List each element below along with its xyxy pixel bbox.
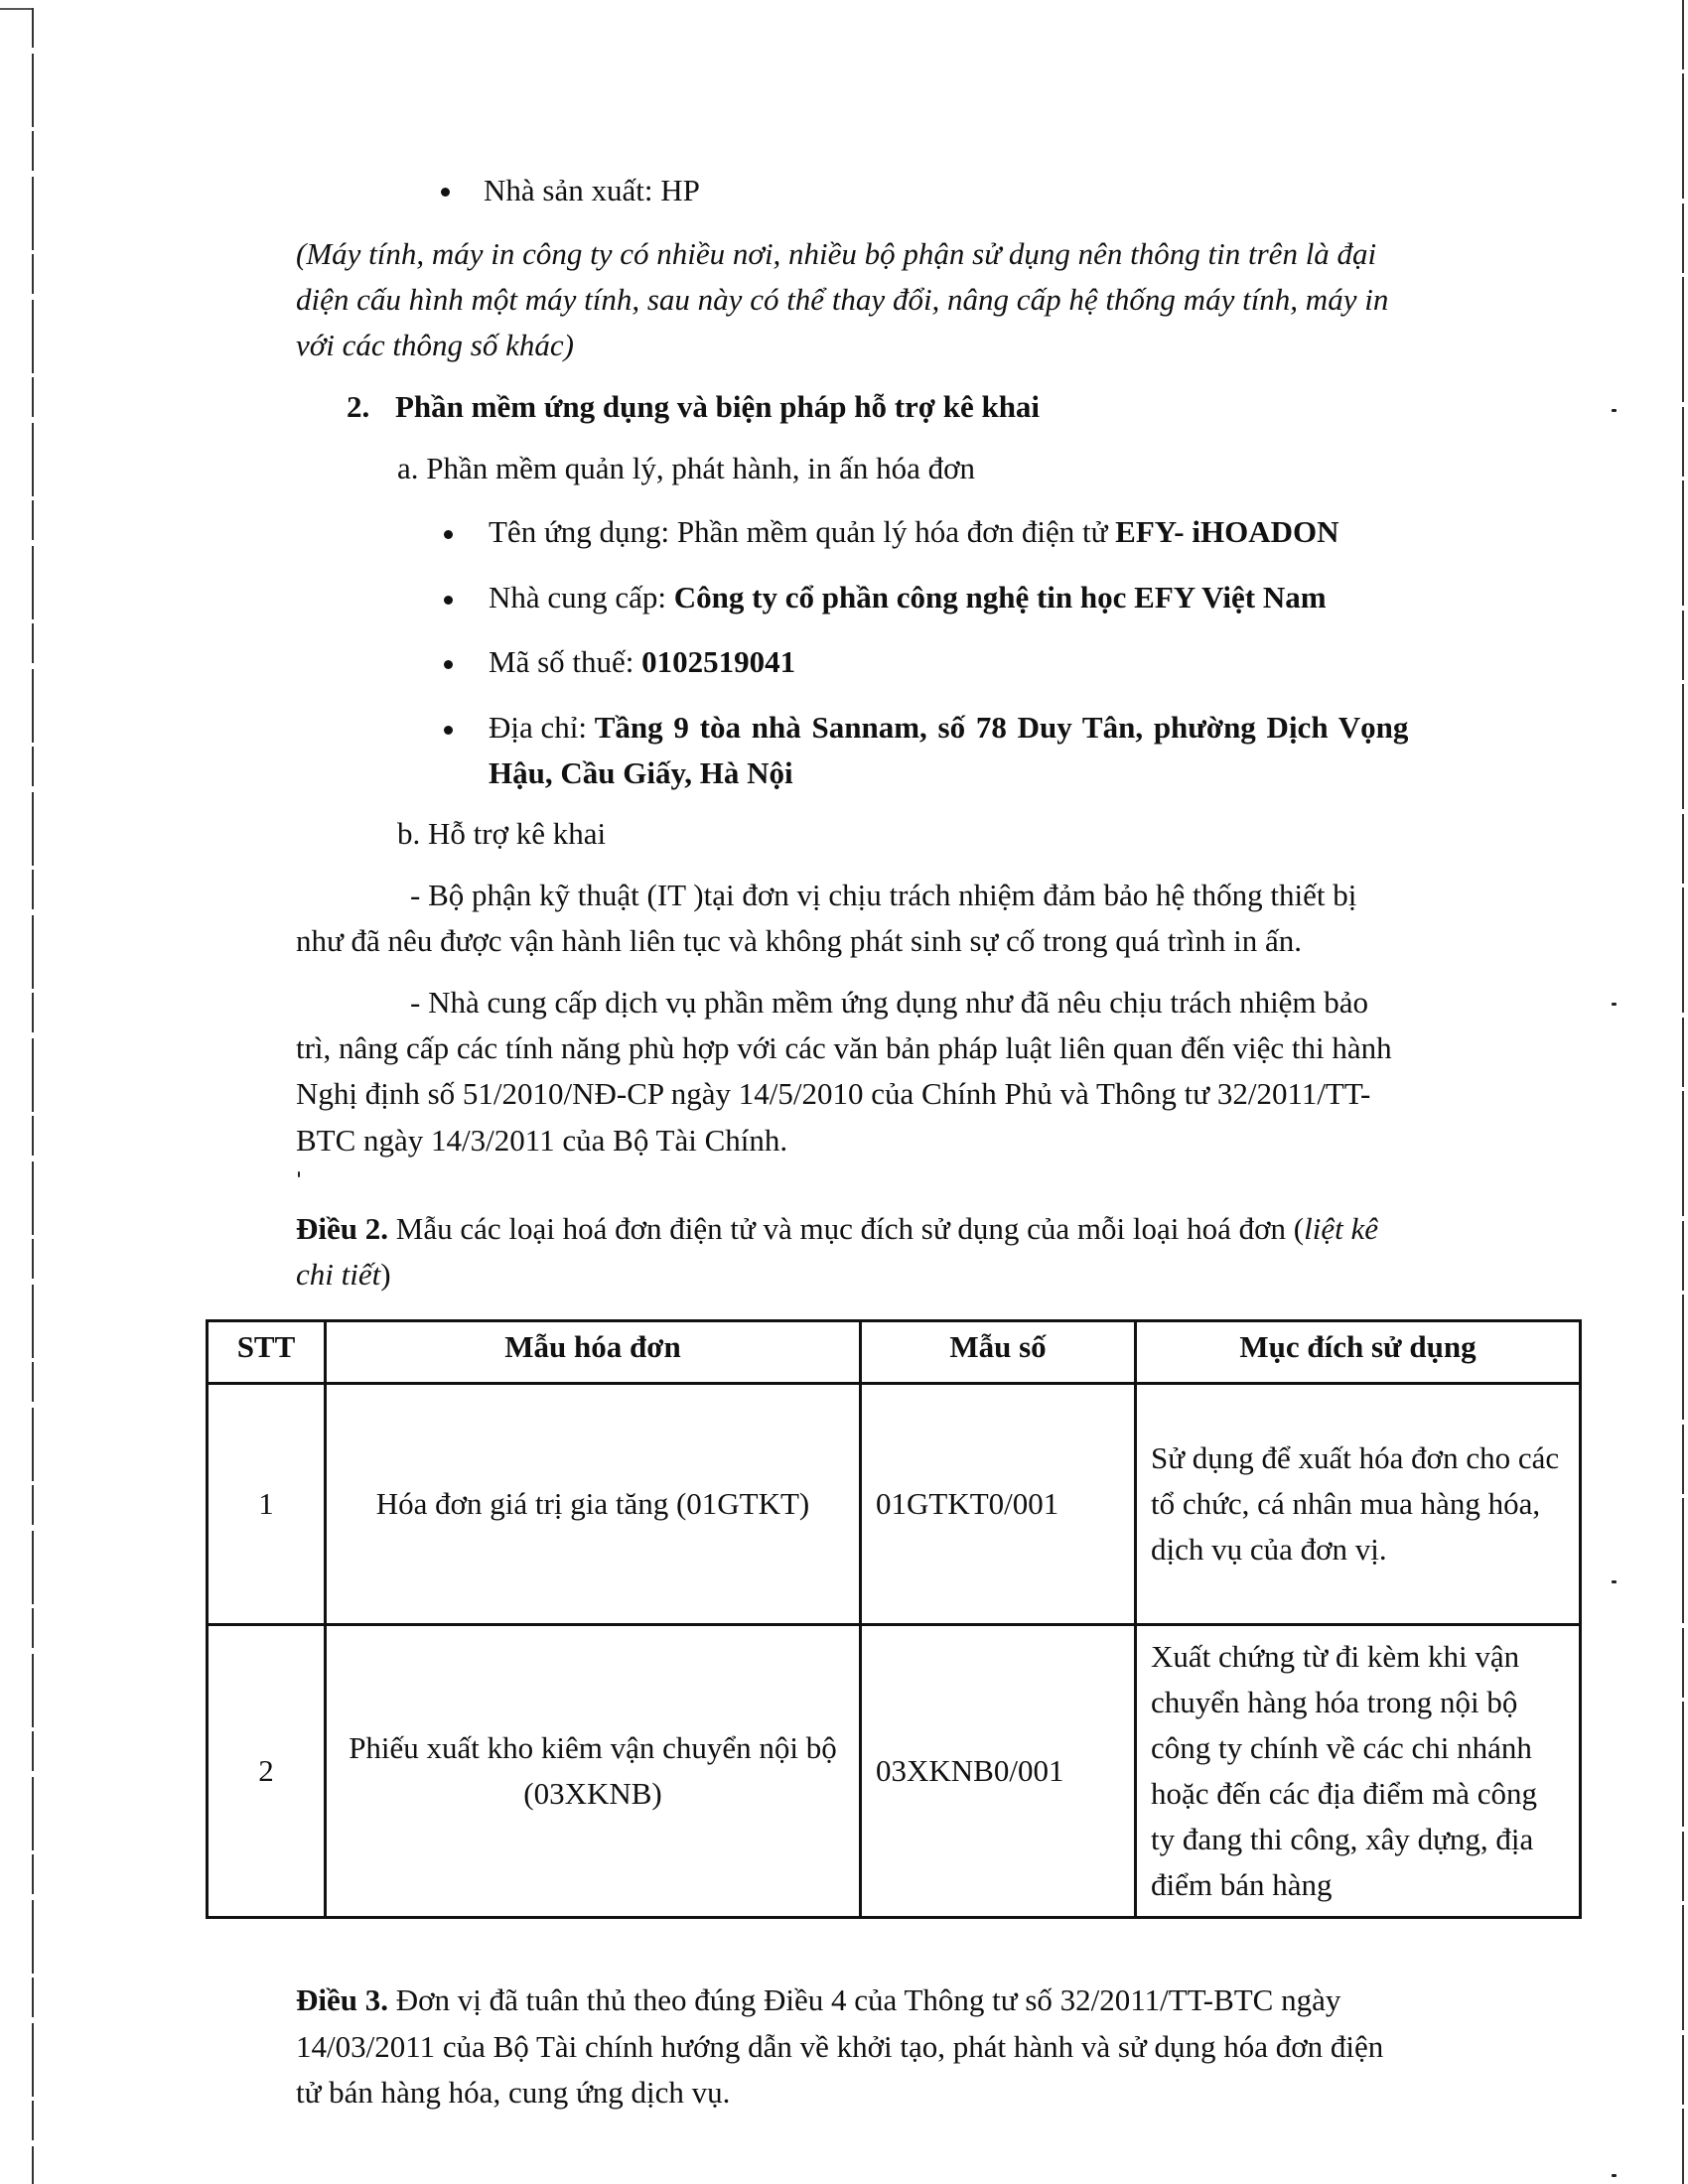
article-2-heading: Điều 2. Mẫu các loại hoá đơn điện tử và … <box>296 1213 1378 1244</box>
scan-border-top <box>0 8 34 10</box>
scan-border-left <box>32 8 34 2184</box>
support-para-2-line-4: BTC ngày 14/3/2011 của Bộ Tài Chính. <box>296 1125 787 1156</box>
support-para-2-line-3: Nghị định số 51/2010/NĐ-CP ngày 14/5/201… <box>296 1078 1370 1109</box>
support-para-1-line-2: như đã nêu được vận hành liên tục và khô… <box>296 925 1302 956</box>
app-name-value: EFY- iHOADON <box>1115 514 1338 549</box>
support-para-1-line-1: - Bộ phận kỹ thuật (IT )tại đơn vị chịu … <box>410 880 1356 910</box>
bullet-icon <box>444 530 453 539</box>
article-3-text: Đơn vị đã tuân thủ theo đúng Điều 4 của … <box>388 1982 1340 2017</box>
table-row: 1 Hóa đơn giá trị gia tăng (01GTKT) 01GT… <box>208 1384 1581 1625</box>
note-line-1: (Máy tính, máy in công ty có nhiều nơi, … <box>296 238 1376 269</box>
header-stt: STT <box>208 1321 326 1384</box>
article-2-close: ) <box>380 1257 390 1292</box>
address-label: Địa chỉ: <box>489 710 595 745</box>
section-title: Phần mềm ứng dụng và biện pháp hỗ trợ kê… <box>395 391 1040 422</box>
table-header-row: STT Mẫu hóa đơn Mẫu số Mục đích sử dụng <box>208 1321 1581 1384</box>
invoice-types-table: STT Mẫu hóa đơn Mẫu số Mục đích sử dụng … <box>206 1319 1582 1919</box>
header-purpose: Mục đích sử dụng <box>1136 1321 1581 1384</box>
tax-code-value: 0102519041 <box>641 644 795 679</box>
article-3-line-3: tử bán hàng hóa, cung ứng dịch vụ. <box>296 2077 730 2108</box>
provider-value: Công ty cổ phần công nghệ tin học EFY Vi… <box>674 580 1327 614</box>
cell-invoice-template: Hóa đơn giá trị gia tăng (01GTKT) <box>326 1384 861 1625</box>
cell-stt: 2 <box>208 1625 326 1918</box>
article-3-line-1: Điều 3. Đơn vị đã tuân thủ theo đúng Điề… <box>296 1984 1340 2015</box>
provider-label: Nhà cung cấp: <box>489 580 674 614</box>
article-2-italic: liệt kê <box>1304 1211 1378 1246</box>
bullet-icon <box>444 660 453 669</box>
scan-speck <box>1612 409 1617 412</box>
note-line-2: diện cấu hình một máy tính, sau này có t… <box>296 284 1388 315</box>
header-template-code: Mẫu số <box>861 1321 1136 1384</box>
article-2-text: Mẫu các loại hoá đơn điện tử và mục đích… <box>388 1211 1304 1246</box>
cell-stt: 1 <box>208 1384 326 1625</box>
manufacturer-item: Nhà sản xuất: HP <box>484 175 700 205</box>
address-value-line2: Hậu, Cầu Giấy, Hà Nội <box>489 757 793 788</box>
manufacturer-label: Nhà sản xuất: <box>484 173 660 207</box>
manufacturer-value: HP <box>660 173 700 207</box>
bullet-icon <box>444 726 453 735</box>
cell-template-code: 01GTKT0/001 <box>861 1384 1136 1625</box>
cell-purpose: Sử dụng để xuất hóa đơn cho các tổ chức,… <box>1136 1384 1581 1625</box>
scan-speck <box>1612 1003 1617 1006</box>
bullet-icon <box>441 188 450 197</box>
cell-invoice-template: Phiếu xuất kho kiêm vận chuyển nội bộ (0… <box>326 1625 861 1918</box>
article-2-italic-2: chi tiết <box>296 1257 380 1292</box>
app-name-item: Tên ứng dụng: Phần mềm quản lý hóa đơn đ… <box>489 516 1339 547</box>
tax-code-label: Mã số thuế: <box>489 644 641 679</box>
cell-template-code: 03XKNB0/001 <box>861 1625 1136 1918</box>
scan-speck <box>298 1171 300 1177</box>
scan-speck <box>1612 2174 1617 2177</box>
article-3-label: Điều 3. <box>296 1982 388 2017</box>
table-row: 2 Phiếu xuất kho kiêm vận chuyển nội bộ … <box>208 1625 1581 1918</box>
article-2-label: Điều 2. <box>296 1211 388 1246</box>
scan-speck <box>1612 1580 1617 1583</box>
cell-purpose: Xuất chứng từ đi kèm khi vận chuyển hàng… <box>1136 1625 1581 1918</box>
support-para-2-line-1: - Nhà cung cấp dịch vụ phần mềm ứng dụng… <box>410 987 1368 1018</box>
header-invoice-template: Mẫu hóa đơn <box>326 1321 861 1384</box>
tax-code-item: Mã số thuế: 0102519041 <box>489 646 795 677</box>
address-item: Địa chỉ: Tầng 9 tòa nhà Sannam, số 78 Du… <box>489 712 1408 743</box>
support-para-2-line-2: trì, nâng cấp các tính năng phù hợp với … <box>296 1032 1392 1063</box>
note-line-3: với các thông số khác) <box>296 330 574 360</box>
scan-border-right <box>1682 0 1684 2184</box>
article-3-line-2: 14/03/2011 của Bộ Tài chính hướng dẫn về… <box>296 2031 1383 2062</box>
app-name-label: Tên ứng dụng: Phần mềm quản lý hóa đơn đ… <box>489 514 1115 549</box>
article-2-heading-line-2: chi tiết) <box>296 1259 391 1290</box>
section-number: 2. <box>347 391 369 422</box>
bullet-icon <box>444 596 453 605</box>
address-value: Tầng 9 tòa nhà Sannam, số 78 Duy Tân, ph… <box>595 710 1409 745</box>
subsection-b-title: b. Hỗ trợ kê khai <box>397 818 606 849</box>
subsection-a-title: a. Phần mềm quản lý, phát hành, in ấn hó… <box>397 453 975 483</box>
provider-item: Nhà cung cấp: Công ty cổ phần công nghệ … <box>489 582 1327 613</box>
